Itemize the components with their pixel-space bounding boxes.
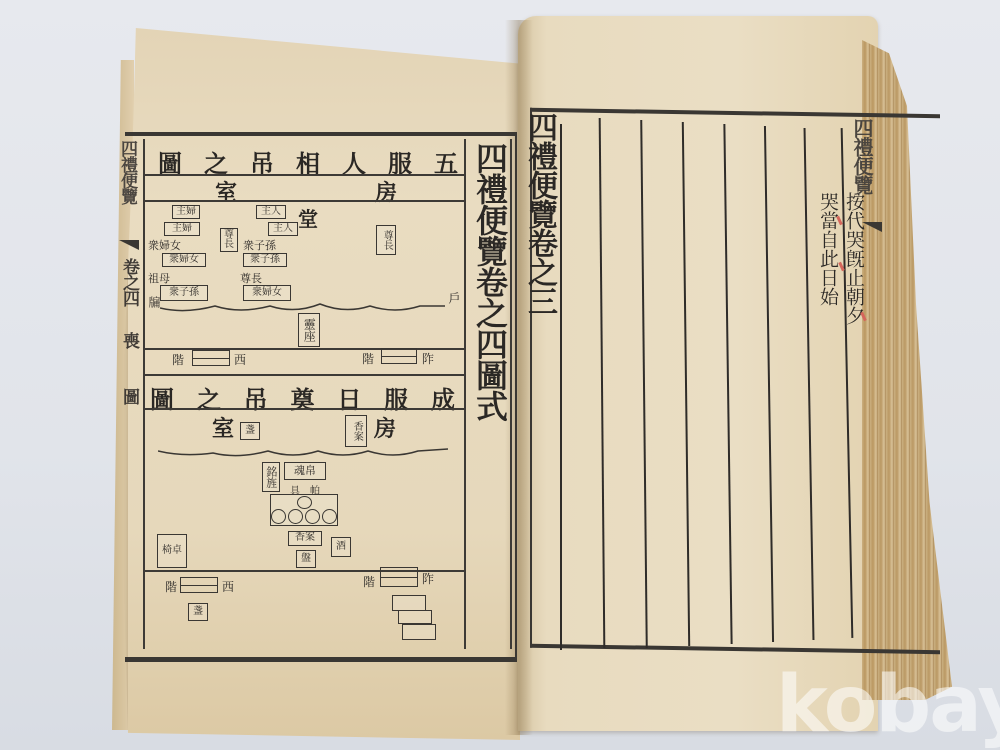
offering-table	[270, 494, 338, 526]
box-label: 酒	[331, 537, 351, 557]
box-label	[398, 610, 432, 624]
soul-silk-box: 魂帛	[284, 462, 326, 480]
edge-header: 四禮便覽	[848, 118, 877, 194]
dish-icon	[288, 509, 303, 524]
step-label: 阼	[422, 350, 434, 367]
fishtail-mark	[862, 222, 882, 232]
step-label: 阼	[422, 570, 434, 587]
box-label: 衆子孫	[160, 285, 208, 301]
right-print-frame	[530, 108, 940, 654]
east-step	[381, 348, 417, 364]
watermark: kobay	[776, 660, 1000, 750]
box-label: 主人	[268, 222, 298, 236]
step-label: 階	[165, 578, 177, 595]
box-label: 主婦	[164, 222, 200, 236]
west-step	[180, 577, 218, 593]
dish-icon	[271, 509, 286, 524]
header-column	[464, 139, 512, 649]
box-label: 主人	[256, 205, 286, 219]
east-step	[380, 567, 418, 587]
step-label: 西	[222, 578, 234, 595]
dish-row	[270, 509, 338, 524]
annotation-line-1: 按代哭旣止朝夕	[842, 192, 866, 325]
hall-label: 堂	[298, 203, 318, 232]
box-label: 盞	[240, 422, 260, 440]
box-label: 尊長	[376, 225, 396, 255]
step-label: 階	[363, 573, 375, 590]
divider	[145, 200, 465, 202]
step-label: 階	[172, 351, 184, 368]
row-text: 衆子孫	[243, 237, 276, 253]
margin-category: 喪	[117, 332, 142, 348]
divider	[145, 374, 465, 376]
divider	[145, 408, 465, 410]
fishtail-mark	[119, 240, 139, 250]
room-label: 室	[215, 176, 237, 207]
step-label: 階	[362, 350, 374, 367]
spirit-seat-box: 靈座	[298, 313, 320, 347]
curtain-line	[158, 445, 448, 461]
column-rule	[560, 124, 562, 650]
row-text: 衆婦女	[148, 237, 181, 253]
box-label: 衆婦女	[162, 253, 206, 267]
room-label: 室	[212, 412, 234, 443]
annotation-line-2: 哭當自此日始	[816, 192, 840, 306]
banner-box: 銘旌	[262, 462, 280, 492]
box-label: 衆子孫	[243, 253, 287, 267]
box-label	[392, 595, 426, 611]
chamber-label: 房	[375, 176, 397, 207]
west-step	[192, 350, 230, 366]
cup-icon	[297, 496, 312, 509]
box-label: 衆婦女	[243, 285, 291, 301]
wall-label: 戶	[446, 292, 463, 304]
box-label: 香案	[345, 415, 367, 447]
box-label: 盞	[188, 603, 208, 621]
row-text: 尊長	[240, 270, 262, 286]
margin-volume: 卷之四	[117, 258, 142, 306]
box-label: 椅卓	[157, 534, 187, 568]
divider	[145, 174, 465, 176]
step-label: 西	[234, 351, 246, 368]
box-label: 盤	[296, 550, 316, 568]
dish-icon	[305, 509, 320, 524]
box-label: 主婦	[172, 205, 200, 219]
box-label	[402, 624, 436, 640]
chamber-label: 房	[374, 412, 396, 443]
margin-title: 四禮便覽	[115, 140, 140, 204]
row-text: 祖母	[148, 270, 170, 286]
right-column-header: 四禮便覽卷之三	[520, 112, 558, 315]
margin-figure: 圖	[117, 388, 142, 404]
box-label: 尊長	[220, 228, 238, 252]
incense-table-box: 香案	[288, 531, 322, 546]
book-photo: 四禮便覽 卷之四 喪 圖 四禮便覽卷之四圖式 五 服 人 相 吊 之 圖 室 房…	[0, 0, 1000, 750]
margin-header: 四禮便覽 卷之四 喪 圖	[113, 140, 143, 640]
dish-icon	[322, 509, 337, 524]
